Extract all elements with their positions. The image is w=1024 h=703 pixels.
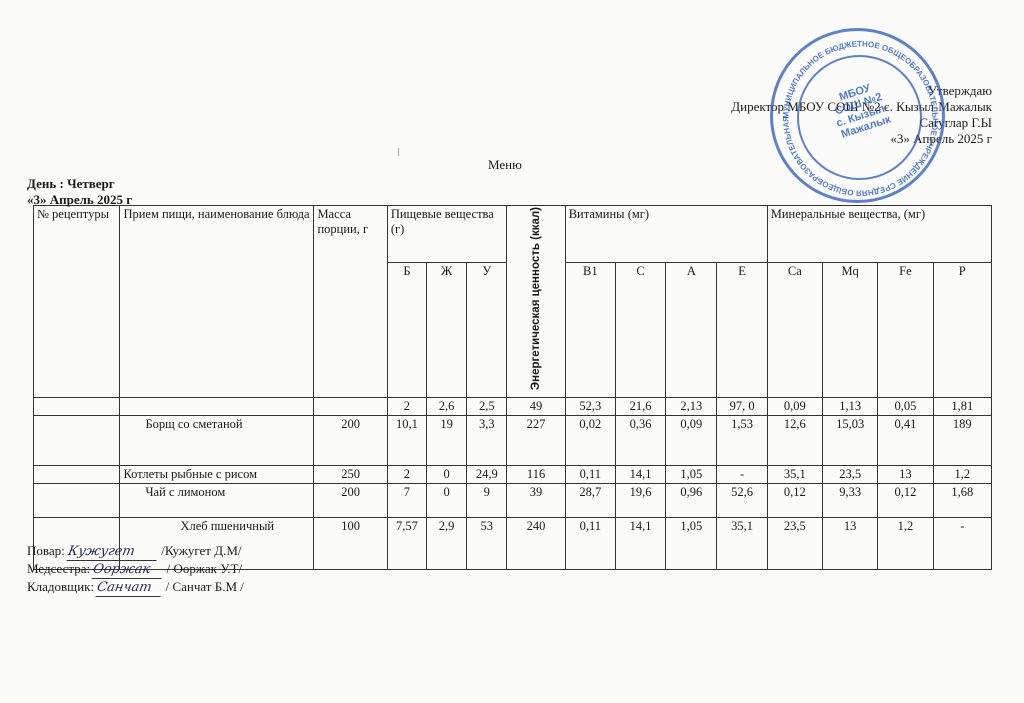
signature-scrawl: Ооржак: [92, 562, 165, 579]
signature-role: Повар:: [27, 543, 65, 558]
signature-storekeeper: Кладовщик: Санчат / Санчат Б.М /: [27, 579, 244, 597]
cell-b1: 0,11: [565, 518, 615, 570]
table-row: Чай с лимоном2007093928,719,60,9652,60,1…: [34, 484, 992, 518]
cell-a: 2,13: [666, 398, 717, 416]
cell-mq: 15,03: [822, 416, 877, 466]
header-b: Б: [387, 263, 426, 398]
table-row: Котлеты рыбные с рисом2502024,91160,1114…: [34, 466, 992, 484]
menu-table: № рецептуры Прием пищи, наименование блю…: [33, 205, 992, 570]
header-b1: B1: [565, 263, 615, 398]
header-minerals: Минеральные вещества, (мг): [767, 206, 991, 263]
cell-dish: Борщ со сметаной: [120, 416, 314, 466]
header-e: E: [717, 263, 767, 398]
cell-p: 1,2: [933, 466, 991, 484]
cell-b1: 0,02: [565, 416, 615, 466]
cell-portion: 100: [314, 518, 387, 570]
cell-b: 2: [387, 466, 426, 484]
table-row: 22,62,54952,321,62,1397, 00,091,130,051,…: [34, 398, 992, 416]
cell-b: 7,57: [387, 518, 426, 570]
cell-ca: 0,09: [767, 398, 822, 416]
cell-u: 2,5: [467, 398, 507, 416]
header-portion: Масса порции, г: [314, 206, 387, 398]
cell-a: 0,96: [666, 484, 717, 518]
cell-portion: [314, 398, 387, 416]
cell-mq: 9,33: [822, 484, 877, 518]
cell-fe: 1,2: [878, 518, 933, 570]
cell-mq: 1,13: [822, 398, 877, 416]
cell-zh: 2,6: [427, 398, 467, 416]
cell-p: 189: [933, 416, 991, 466]
signature-scrawl: Кужугет: [67, 544, 160, 561]
cell-dish: [120, 398, 314, 416]
cell-e: 52,6: [717, 484, 767, 518]
cell-a: 0,09: [666, 416, 717, 466]
cell-b: 7: [387, 484, 426, 518]
cell-zh: 2,9: [427, 518, 467, 570]
cell-energy: 116: [507, 466, 565, 484]
signature-role: Медсестра:: [27, 561, 90, 576]
cell-ca: 23,5: [767, 518, 822, 570]
cell-e: 35,1: [717, 518, 767, 570]
cell-u: 9: [467, 484, 507, 518]
cell-energy: 240: [507, 518, 565, 570]
cell-c: 21,6: [615, 398, 665, 416]
cell-c: 0,36: [615, 416, 665, 466]
cell-zh: 0: [427, 466, 467, 484]
cell-b1: 0,11: [565, 466, 615, 484]
header-c: C: [615, 263, 665, 398]
cell-c: 14,1: [615, 518, 665, 570]
header-zh: Ж: [427, 263, 467, 398]
cell-fe: 0,12: [878, 484, 933, 518]
header-vitamins: Витамины (мг): [565, 206, 767, 263]
cell-b1: 28,7: [565, 484, 615, 518]
cell-recipe: [34, 466, 120, 484]
cell-p: 1,81: [933, 398, 991, 416]
cell-fe: 0,41: [878, 416, 933, 466]
cell-ca: 0,12: [767, 484, 822, 518]
cell-p: -: [933, 518, 991, 570]
table-row: Борщ со сметаной20010,1193,32270,020,360…: [34, 416, 992, 466]
cell-u: 24,9: [467, 466, 507, 484]
header-recipe-no: № рецептуры: [34, 206, 120, 398]
document-title: Меню: [488, 157, 522, 173]
cell-energy: 39: [507, 484, 565, 518]
header-energy: Энергетическая ценность (ккал): [507, 206, 565, 398]
header-nutrients: Пищевые вещества (г): [387, 206, 507, 263]
cell-portion: 200: [314, 416, 387, 466]
cell-u: 3,3: [467, 416, 507, 466]
cell-c: 14,1: [615, 466, 665, 484]
cell-e: 97, 0: [717, 398, 767, 416]
header-p: P: [933, 263, 991, 398]
header-a: A: [666, 263, 717, 398]
header-ca: Ca: [767, 263, 822, 398]
cell-a: 1,05: [666, 466, 717, 484]
header-fe: Fe: [878, 263, 933, 398]
cell-zh: 19: [427, 416, 467, 466]
cell-mq: 23,5: [822, 466, 877, 484]
cell-portion: 250: [314, 466, 387, 484]
cell-b: 10,1: [387, 416, 426, 466]
header-dish: Прием пищи, наименование блюда: [120, 206, 314, 398]
signature-scrawl: Санчат: [96, 580, 164, 597]
signature-name: /Кужугет Д.М/: [161, 543, 241, 558]
cell-energy: 49: [507, 398, 565, 416]
cell-e: 1,53: [717, 416, 767, 466]
cell-energy: 227: [507, 416, 565, 466]
signature-cook: Повар: Кужугет /Кужугет Д.М/: [27, 543, 244, 561]
school-stamp: МУНИЦИПАЛЬНОЕ БЮДЖЕТНОЕ ОБЩЕОБРАЗОВАТЕЛЬ…: [770, 28, 945, 203]
signature-name: / Ооржак У.Т/: [167, 561, 242, 576]
cell-dish: Чай с лимоном: [120, 484, 314, 518]
signatures-block: Повар: Кужугет /Кужугет Д.М/ Медсестра: …: [27, 543, 244, 597]
signature-nurse: Медсестра: Ооржак / Ооржак У.Т/: [27, 561, 244, 579]
signature-role: Кладовщик:: [27, 579, 94, 594]
cell-recipe: [34, 484, 120, 518]
cell-c: 19,6: [615, 484, 665, 518]
cell-zh: 0: [427, 484, 467, 518]
cell-u: 53: [467, 518, 507, 570]
cell-a: 1,05: [666, 518, 717, 570]
signature-name: / Санчат Б.М /: [166, 579, 244, 594]
header-mq: Mq: [822, 263, 877, 398]
cell-b: 2: [387, 398, 426, 416]
cell-dish: Котлеты рыбные с рисом: [120, 466, 314, 484]
day-label: День : Четверг: [27, 176, 115, 192]
header-energy-text: Энергетическая ценность (ккал): [529, 207, 543, 390]
cell-recipe: [34, 416, 120, 466]
cell-ca: 35,1: [767, 466, 822, 484]
cell-recipe: [34, 398, 120, 416]
cell-fe: 13: [878, 466, 933, 484]
cell-portion: 200: [314, 484, 387, 518]
cell-e: -: [717, 466, 767, 484]
cell-b1: 52,3: [565, 398, 615, 416]
cell-p: 1,68: [933, 484, 991, 518]
header-u: У: [467, 263, 507, 398]
cell-mq: 13: [822, 518, 877, 570]
scan-mark: [398, 148, 399, 156]
cell-ca: 12,6: [767, 416, 822, 466]
cell-fe: 0,05: [878, 398, 933, 416]
